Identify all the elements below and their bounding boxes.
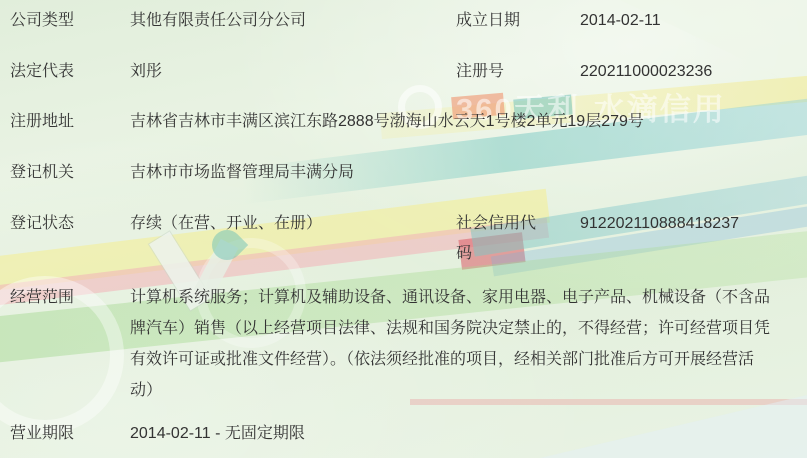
field-value-reg-number: 220211000023236 bbox=[580, 62, 712, 81]
field-value-reg-authority: 吉林市市场监督管理局丰满分局 bbox=[130, 163, 354, 182]
field-value-business-term: 2014-02-11 - 无固定期限 bbox=[130, 424, 305, 443]
field-value-credit-code: 912202110888418237 bbox=[580, 214, 739, 233]
field-label-business-term: 营业期限 bbox=[10, 424, 74, 443]
field-label-credit-code: 社会信用代码 bbox=[456, 209, 540, 269]
field-value-business-scope: 计算机系统服务；计算机及辅助设备、通讯设备、家用电器、电子产品、机械设备（不含品… bbox=[130, 282, 790, 406]
business-scope-line: 动） bbox=[130, 375, 790, 406]
field-label-reg-status: 登记状态 bbox=[10, 214, 74, 233]
field-value-company-type: 其他有限责任公司分公司 bbox=[130, 11, 306, 30]
field-label-company-type: 公司类型 bbox=[10, 11, 74, 30]
field-value-reg-address: 吉林省吉林市丰满区滨江东路2888号渤海山水云天1号楼2单元19层279号 bbox=[130, 112, 644, 131]
business-scope-line: 牌汽车）销售（以上经营项目法律、法规和国务院决定禁止的，不得经营；许可经营项目凭 bbox=[130, 313, 790, 344]
field-label-business-scope: 经营范围 bbox=[10, 288, 74, 307]
field-label-reg-number: 注册号 bbox=[456, 62, 504, 81]
business-scope-line: 有效许可证或批准文件经营）。（依法须经批准的项目，经相关部门批准后方可开展经营活 bbox=[130, 344, 790, 375]
business-info-panel: 360天利 水滴信用 公司类型 其他有限责任公司分公司 成立日期 2014-02… bbox=[0, 0, 807, 458]
field-value-legal-rep: 刘彤 bbox=[130, 62, 162, 81]
field-value-establish-date: 2014-02-11 bbox=[580, 11, 661, 30]
field-label-establish-date: 成立日期 bbox=[456, 11, 520, 30]
business-scope-line: 计算机系统服务；计算机及辅助设备、通讯设备、家用电器、电子产品、机械设备（不含品 bbox=[130, 282, 790, 313]
field-label-reg-address: 注册地址 bbox=[10, 112, 74, 131]
field-label-legal-rep: 法定代表 bbox=[10, 62, 74, 81]
field-label-reg-authority: 登记机关 bbox=[10, 163, 74, 182]
ribbon-teal-upper bbox=[240, 88, 807, 204]
field-value-reg-status: 存续（在营、开业、在册） bbox=[130, 214, 322, 233]
